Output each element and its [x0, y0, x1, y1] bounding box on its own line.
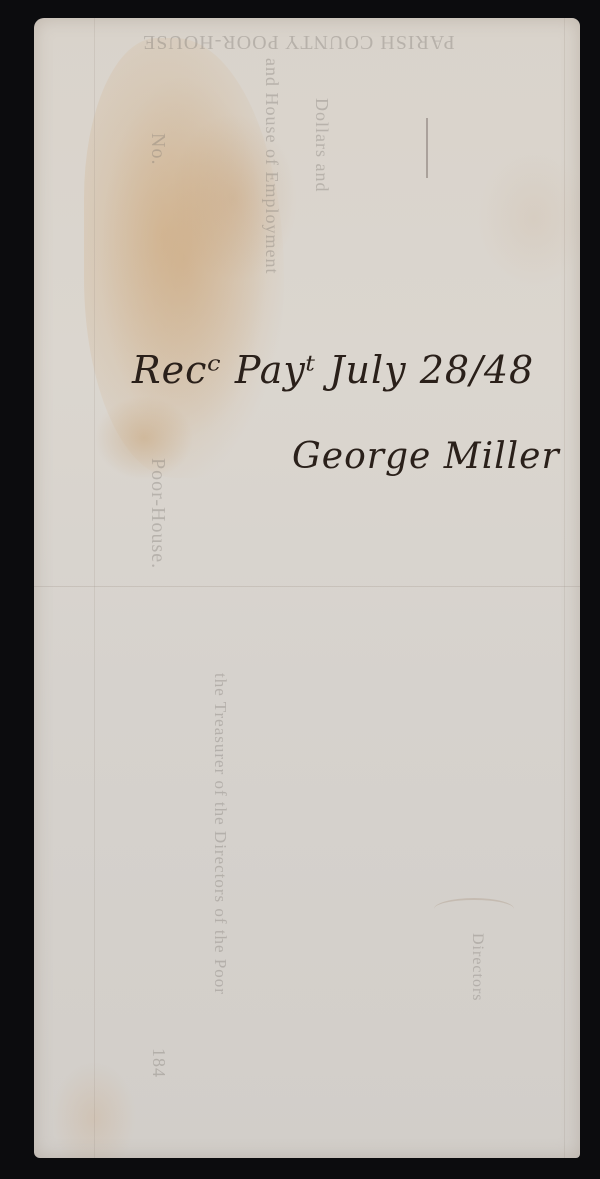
printed-year-bleed: 184: [148, 1048, 169, 1078]
printed-directors-bleed: Directors: [468, 933, 486, 1002]
printed-brace: [434, 898, 514, 920]
fold-line: [34, 586, 580, 587]
handwritten-signature: George Miller: [292, 436, 560, 477]
margin-line: [94, 18, 95, 1158]
printed-treasurer-bleed: the Treasurer of the Directors of the Po…: [210, 673, 230, 995]
printed-dollars-bleed: Dollars and: [311, 98, 332, 192]
printed-no-bleed: No.: [146, 133, 169, 165]
document-paper: PARISH COUNTY POOR-HOUSE Dollars and and…: [34, 18, 580, 1158]
margin-line: [564, 18, 565, 1158]
printed-poorhouse-bleed: Poor-House.: [146, 458, 169, 569]
ink-stroke: [426, 118, 428, 178]
water-stain: [84, 38, 284, 478]
printed-header-bleed: PARISH COUNTY POOR-HOUSE: [142, 30, 455, 53]
handwritten-receipt-line: Recᶜ Payᵗ July 28/48: [132, 348, 534, 392]
printed-house-bleed: and House of Employment: [261, 58, 282, 274]
